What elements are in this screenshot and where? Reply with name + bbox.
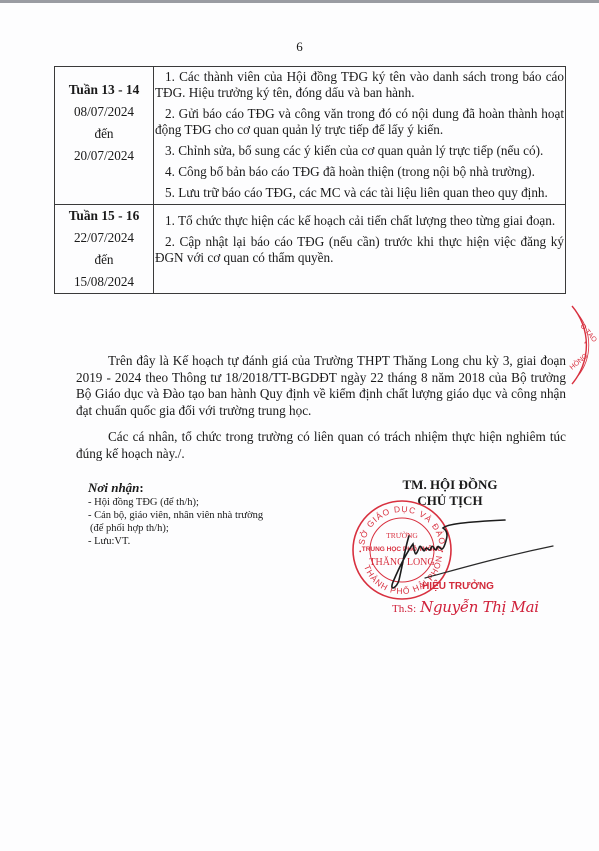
week-label: Tuần 13 - 14 xyxy=(55,79,153,101)
edge-stamp-icon: O TẠO * HÒNG xyxy=(566,300,599,390)
recipient-item: - Lưu:VT. xyxy=(88,535,263,548)
plan-table: Tuần 13 - 14 08/07/2024 đến 20/07/2024 1… xyxy=(54,66,566,294)
tasks-cell: 1. Tổ chức thực hiện các kế hoạch cải ti… xyxy=(154,205,566,294)
principal-name-text: Nguyễn Thị Mai xyxy=(420,598,539,616)
recipients-block: Nơi nhận: - Hội đồng TĐG (để th/h); - Cá… xyxy=(88,480,263,548)
task-item: 4. Công bố bản báo cáo TĐG đã hoàn thiện… xyxy=(155,164,564,180)
council-label: TM. HỘI ĐỒNG xyxy=(360,477,540,493)
task-item: 3. Chỉnh sửa, bổ sung các ý kiến của cơ … xyxy=(155,143,564,159)
period-cell: Tuần 13 - 14 08/07/2024 đến 20/07/2024 xyxy=(55,67,154,205)
week-label: Tuần 15 - 16 xyxy=(55,205,153,227)
task-item: 1. Tổ chức thực hiện các kế hoạch cải ti… xyxy=(155,213,564,229)
page-number: 6 xyxy=(0,39,599,55)
recipient-item: - Cán bộ, giáo viên, nhân viên nhà trườn… xyxy=(88,509,263,522)
principal-title: HIỆU TRƯỞNG xyxy=(413,581,503,592)
principal-name: Th.S: Nguyễn Thị Mai xyxy=(392,598,572,617)
closing-paragraph: Trên đây là Kế hoạch tự đánh giá của Trư… xyxy=(76,353,566,419)
period-cell: Tuần 15 - 16 22/07/2024 đến 15/08/2024 xyxy=(55,205,154,294)
recipients-title: Nơi nhận: xyxy=(88,480,263,496)
tasks-cell: 1. Các thành viên của Hội đồng TĐG ký tê… xyxy=(154,67,566,205)
to-word: đến xyxy=(55,123,153,145)
recipient-item: - Hội đồng TĐG (để th/h); xyxy=(88,496,263,509)
to-word: đến xyxy=(55,249,153,271)
recipient-item: (để phối hợp th/h); xyxy=(88,522,263,535)
to-date: 20/07/2024 xyxy=(55,145,153,167)
to-date: 15/08/2024 xyxy=(55,271,153,293)
scan-top-edge xyxy=(0,0,599,3)
from-date: 22/07/2024 xyxy=(55,227,153,249)
table-row: Tuần 15 - 16 22/07/2024 đến 15/08/2024 1… xyxy=(55,205,566,294)
task-item: 2. Cập nhật lại báo cáo TĐG (nếu cần) tr… xyxy=(155,234,564,266)
principal-degree: Th.S: xyxy=(392,603,416,615)
task-item: 1. Các thành viên của Hội đồng TĐG ký tê… xyxy=(155,69,564,101)
from-date: 08/07/2024 xyxy=(55,101,153,123)
task-item: 2. Gửi báo cáo TĐG và công văn trong đó … xyxy=(155,106,564,138)
responsibility-paragraph: Các cá nhân, tổ chức trong trường có liê… xyxy=(76,429,566,462)
task-item: 5. Lưu trữ báo cáo TĐG, các MC và các tà… xyxy=(155,185,564,201)
table-row: Tuần 13 - 14 08/07/2024 đến 20/07/2024 1… xyxy=(55,67,566,205)
